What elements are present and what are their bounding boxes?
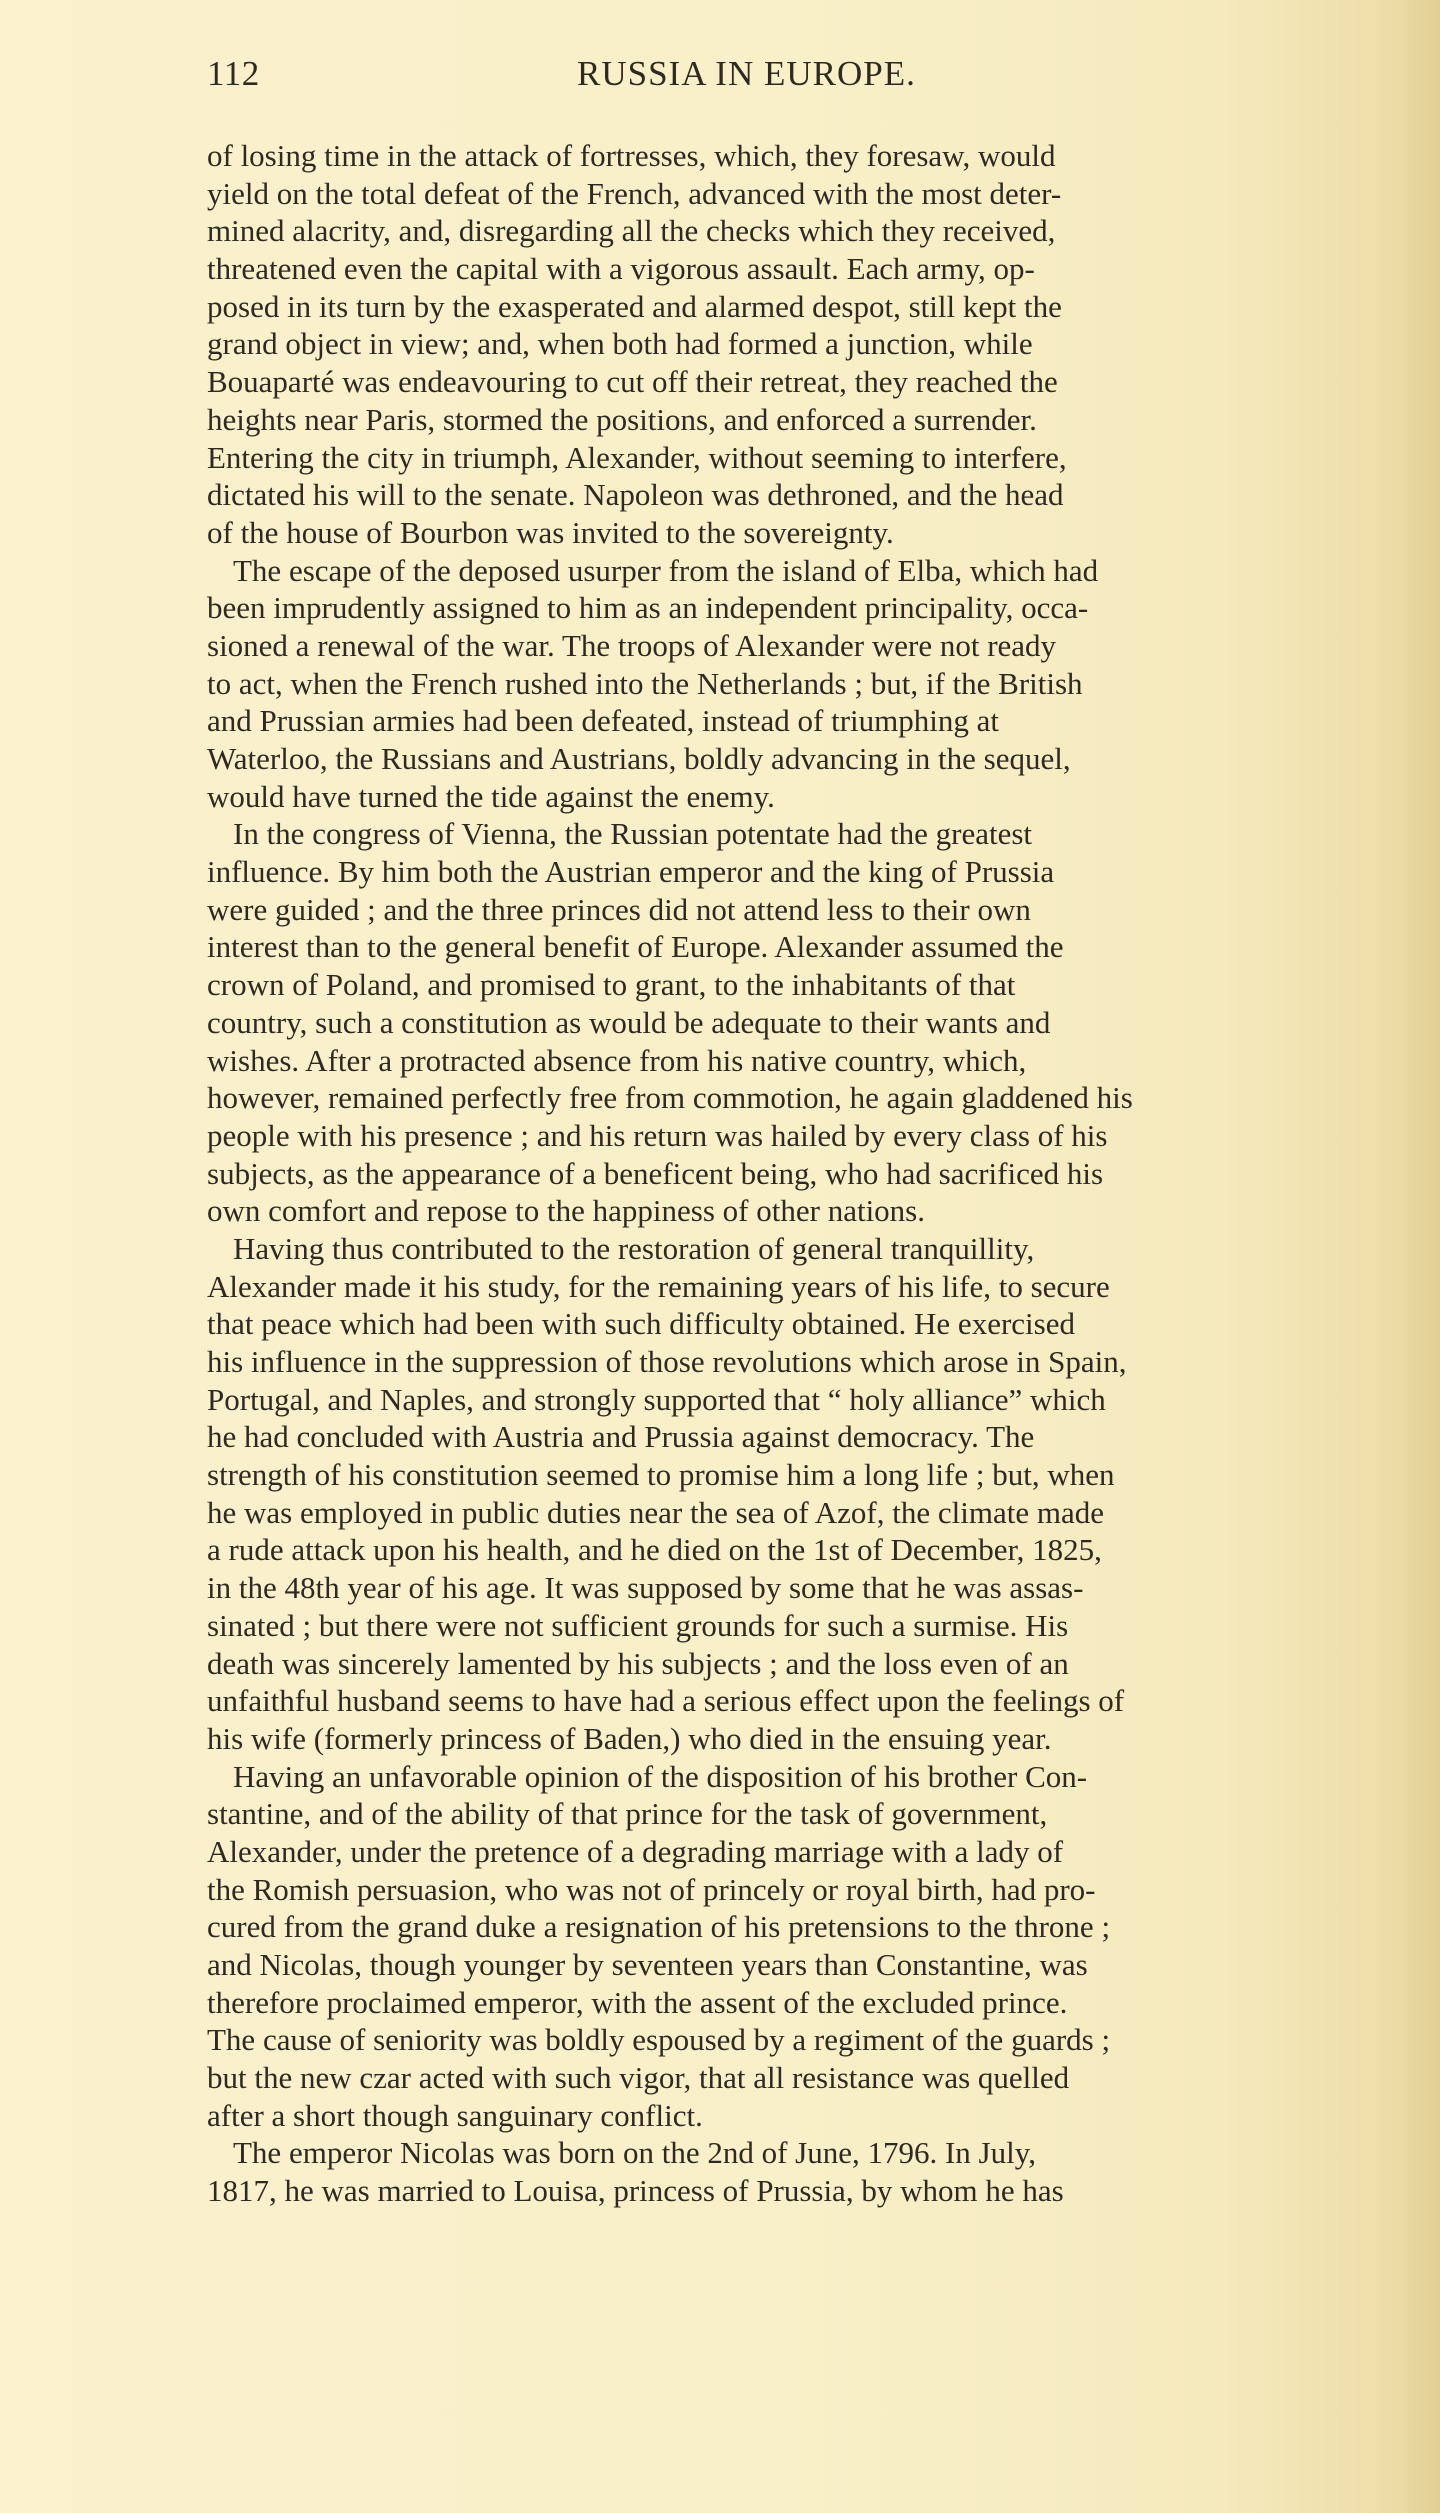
text-line: cured from the grand duke a resignation … — [207, 1908, 1382, 1946]
text-line: a rude attack upon his health, and he di… — [207, 1531, 1382, 1569]
text-line: wishes. After a protracted absence from … — [207, 1042, 1382, 1080]
text-line: Alexander made it his study, for the rem… — [207, 1268, 1382, 1306]
book-page: 112 RUSSIA IN EUROPE. of losing time in … — [0, 0, 1440, 2513]
text-line: Bouaparté was endeavouring to cut off th… — [207, 363, 1382, 401]
text-line: strength of his constitution seemed to p… — [207, 1456, 1382, 1494]
text-line: Alexander, under the pretence of a degra… — [207, 1833, 1382, 1871]
text-line: crown of Poland, and promised to grant, … — [207, 966, 1382, 1004]
text-line: subjects, as the appearance of a benefic… — [207, 1155, 1382, 1193]
text-line: Entering the city in triumph, Alexander,… — [207, 439, 1382, 477]
paragraph-first-line: The escape of the deposed usurper from t… — [207, 552, 1382, 590]
paragraph-first-line: Having an unfavorable opinion of the dis… — [207, 1758, 1382, 1796]
text-line: of the house of Bourbon was invited to t… — [207, 514, 1382, 552]
paragraph-first-line: The emperor Nicolas was born on the 2nd … — [207, 2134, 1382, 2172]
text-line: influence. By him both the Austrian empe… — [207, 853, 1382, 891]
text-line: dictated his will to the senate. Napoleo… — [207, 476, 1382, 514]
text-line: grand object in view; and, when both had… — [207, 325, 1382, 363]
text-line: The cause of seniority was boldly espous… — [207, 2021, 1382, 2059]
text-line: stantine, and of the ability of that pri… — [207, 1795, 1382, 1833]
running-title: RUSSIA IN EUROPE. — [577, 54, 916, 94]
text-line: that peace which had been with such diff… — [207, 1305, 1382, 1343]
running-head: 112 RUSSIA IN EUROPE. — [207, 54, 1382, 94]
text-line: however, remained perfectly free from co… — [207, 1079, 1382, 1117]
text-line: country, such a constitution as would be… — [207, 1004, 1382, 1042]
text-line: threatened even the capital with a vigor… — [207, 250, 1382, 288]
text-line: people with his presence ; and his retur… — [207, 1117, 1382, 1155]
text-line: sinated ; but there were not sufficient … — [207, 1607, 1382, 1645]
text-line: death was sincerely lamented by his subj… — [207, 1645, 1382, 1683]
page-number: 112 — [207, 54, 260, 94]
text-line: therefore proclaimed emperor, with the a… — [207, 1984, 1382, 2022]
text-line: but the new czar acted with such vigor, … — [207, 2059, 1382, 2097]
text-line: Portugal, and Naples, and strongly suppo… — [207, 1381, 1382, 1419]
text-line: the Romish persuasion, who was not of pr… — [207, 1871, 1382, 1909]
text-line: own comfort and repose to the happiness … — [207, 1192, 1382, 1230]
text-line: and Nicolas, though younger by seventeen… — [207, 1946, 1382, 1984]
paragraph-first-line: In the congress of Vienna, the Russian p… — [207, 815, 1382, 853]
text-line: he was employed in public duties near th… — [207, 1494, 1382, 1532]
text-line: been imprudently assigned to him as an i… — [207, 589, 1382, 627]
text-line: after a short though sanguinary conflict… — [207, 2097, 1382, 2135]
text-line: would have turned the tide against the e… — [207, 778, 1382, 816]
text-line: 1817, he was married to Louisa, princess… — [207, 2172, 1382, 2210]
text-line: to act, when the French rushed into the … — [207, 665, 1382, 703]
page-edge-shadow — [1400, 0, 1440, 2513]
text-line: interest than to the general benefit of … — [207, 928, 1382, 966]
text-line: sioned a renewal of the war. The troops … — [207, 627, 1382, 665]
text-line: his wife (formerly princess of Baden,) w… — [207, 1720, 1382, 1758]
text-line: mined alacrity, and, disregarding all th… — [207, 212, 1382, 250]
text-line: of losing time in the attack of fortress… — [207, 137, 1382, 175]
text-line: heights near Paris, stormed the position… — [207, 401, 1382, 439]
body-text: of losing time in the attack of fortress… — [207, 137, 1382, 2210]
text-line: yield on the total defeat of the French,… — [207, 175, 1382, 213]
text-line: he had concluded with Austria and Prussi… — [207, 1418, 1382, 1456]
text-line: posed in its turn by the exasperated and… — [207, 288, 1382, 326]
text-line: were guided ; and the three princes did … — [207, 891, 1382, 929]
text-line: Waterloo, the Russians and Austrians, bo… — [207, 740, 1382, 778]
paragraph-first-line: Having thus contributed to the restorati… — [207, 1230, 1382, 1268]
text-line: and Prussian armies had been defeated, i… — [207, 702, 1382, 740]
text-line: in the 48th year of his age. It was supp… — [207, 1569, 1382, 1607]
text-line: unfaithful husband seems to have had a s… — [207, 1682, 1382, 1720]
text-line: his influence in the suppression of thos… — [207, 1343, 1382, 1381]
